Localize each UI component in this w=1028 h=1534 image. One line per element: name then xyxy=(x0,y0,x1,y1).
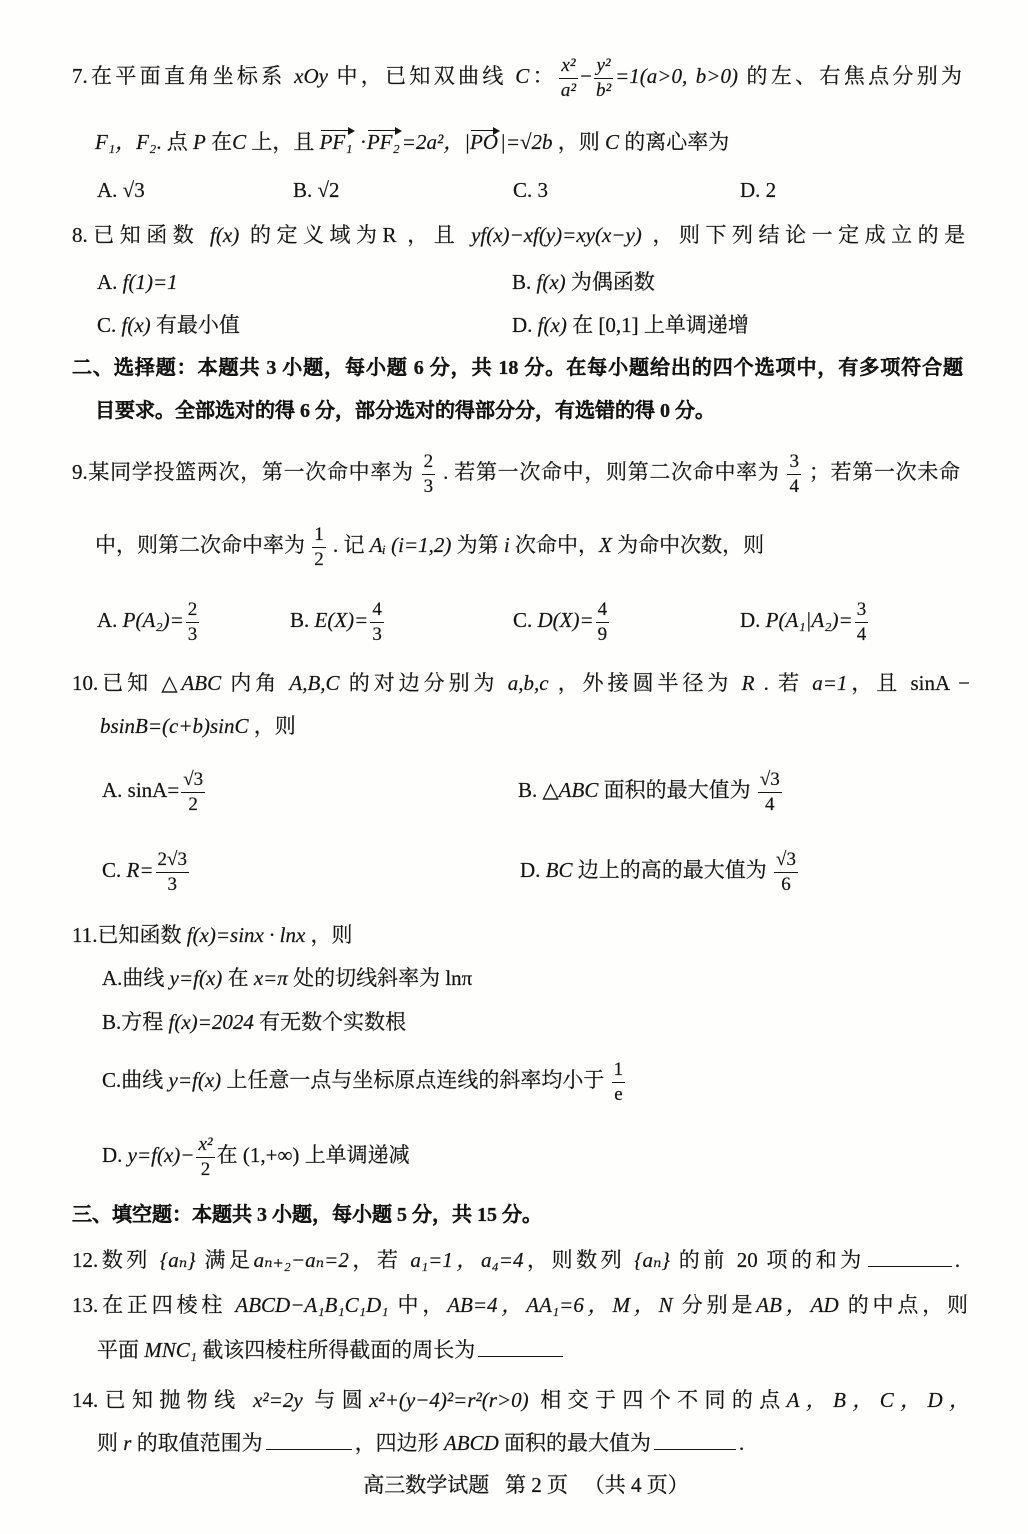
fraction-denominator: 2 xyxy=(312,548,326,572)
option-label: A. xyxy=(97,178,117,202)
stem-text: 的离心率为 xyxy=(624,130,729,154)
fraction: 43 xyxy=(370,598,384,647)
math-expression: |=√2b xyxy=(500,130,552,154)
fraction: √36 xyxy=(774,848,798,897)
stem-text: 的取值范围为 xyxy=(137,1431,263,1455)
fraction: 34 xyxy=(787,450,801,499)
math-expression: i xyxy=(504,533,510,557)
fraction-denominator: 3 xyxy=(156,873,189,897)
option-label: A. xyxy=(97,608,117,632)
math-expression: Aᵢ xyxy=(370,533,386,557)
stem-text: 已知 xyxy=(98,671,152,695)
option-label: D. xyxy=(520,858,540,882)
fraction-denominator: 3 xyxy=(422,475,436,499)
q7-stem-line1: 7.在平面直角坐标系 xOy 中，已知双曲线 C：x²a²−y²b²=1(a>0… xyxy=(72,46,962,106)
footer-page-number: 第 2 页 xyxy=(505,1473,568,1497)
stem-text: . xyxy=(739,1431,744,1455)
fraction: x²2 xyxy=(196,1133,214,1182)
option-text: 面积的最大值为 xyxy=(604,778,751,802)
math-expression: x²+(y−4)²=r²(r>0) xyxy=(369,1388,529,1412)
math-expression: =2a²，| xyxy=(402,130,470,154)
stem-text: ： xyxy=(529,64,557,88)
stem-text: 截该四棱柱所得截面的周长为 xyxy=(202,1338,475,1362)
math-expression: △ABC xyxy=(543,778,599,802)
math-expression: aₙ₊₂−aₙ=2 xyxy=(254,1248,349,1272)
option-label: B. xyxy=(102,1010,121,1034)
math-expression: △ABC xyxy=(161,671,221,695)
stem-text: 为命中次数，则 xyxy=(617,533,764,557)
math-expression: f(1)=1 xyxy=(123,270,178,294)
math-expression: {aₙ} xyxy=(160,1248,196,1272)
math-expression: C xyxy=(232,130,246,154)
stem-text: . 点 xyxy=(156,130,188,154)
stem-text: 分别是 xyxy=(682,1293,757,1317)
stem-text: 的定义域为 xyxy=(250,223,383,247)
option-text: 上任意一点与坐标原点连线的斜率均小于 xyxy=(226,1068,604,1092)
math-expression: lnπ xyxy=(445,966,472,990)
math-expression: f(x)=sinx · lnx xyxy=(187,923,306,947)
stem-text: ，四边形 xyxy=(355,1431,439,1455)
fraction: 34 xyxy=(855,598,869,647)
math-expression: MNC₁ xyxy=(144,1338,197,1362)
option-value: √2 xyxy=(318,178,340,202)
question-number: 7. xyxy=(72,64,88,88)
option-text: 在 xyxy=(217,1143,238,1167)
q11-option-b: B.方程 f(x)=2024 有无数个实数根 xyxy=(102,992,406,1052)
math-expression: a₁=1，a₄=4 xyxy=(410,1248,523,1272)
option-d: D. BC 边上的高的最大值为 √36 xyxy=(520,840,800,900)
fraction: √32 xyxy=(181,768,205,817)
math-expression: x²=2y xyxy=(253,1388,303,1412)
question-number: 13. xyxy=(72,1293,98,1317)
stem-text: 相交于四个不同的点 xyxy=(540,1388,786,1412)
option-c: C. D(X)=49 xyxy=(513,590,611,650)
option-label: A. xyxy=(102,966,122,990)
fraction: 1e xyxy=(612,1058,626,1107)
fraction-numerator: 2 xyxy=(186,598,200,623)
option-label: C. xyxy=(513,608,532,632)
fraction-numerator: 4 xyxy=(596,598,610,623)
fraction-numerator: 4 xyxy=(370,598,384,623)
option-label: D. xyxy=(512,313,532,337)
option-value: 2 xyxy=(766,178,777,202)
option-value: √3 xyxy=(123,178,145,202)
fraction-numerator: 3 xyxy=(855,598,869,623)
answer-blank xyxy=(478,1336,563,1357)
option-label: B. xyxy=(293,178,312,202)
math-expression: ABCD xyxy=(444,1431,499,1455)
math-expression: C xyxy=(605,130,619,154)
option-text: 在 xyxy=(228,966,249,990)
stem-text: 的对边分别为 xyxy=(349,671,499,695)
fraction-numerator: √3 xyxy=(758,768,782,793)
math-expression: D(X)= xyxy=(538,608,594,632)
stem-text: 数列 xyxy=(98,1248,151,1272)
math-expression: P(A₂)= xyxy=(123,608,184,632)
question-number: 9. xyxy=(72,460,88,484)
math-expression: yf(x)−xf(y)=xy(x−y) xyxy=(471,223,642,247)
q9-options: A. P(A₂)=23 B. E(X)=43 C. D(X)=49 D. P(A… xyxy=(0,590,1028,650)
fraction: √34 xyxy=(758,768,782,817)
math-expression: (i=1,2) xyxy=(391,533,451,557)
stem-text: 中， xyxy=(398,1293,448,1317)
math-expression: r xyxy=(123,1431,131,1455)
stem-text: 次命中， xyxy=(515,533,599,557)
option-label: B. xyxy=(512,270,531,294)
math-expression: X xyxy=(599,533,612,557)
question-number: 8. xyxy=(72,223,88,247)
math-expression: AB=4，AA₁=6，M，N xyxy=(447,1293,672,1317)
vector-pf2: PF₂ xyxy=(367,131,402,153)
math-expression: f(x)=2024 xyxy=(169,1010,254,1034)
math-expression: C xyxy=(515,64,529,88)
answer-blank-area xyxy=(654,1429,736,1450)
option-label: D. xyxy=(740,178,760,202)
math-expression: BC xyxy=(546,858,573,882)
math-expression: xOy xyxy=(294,64,328,88)
option-text: 上单调递减 xyxy=(305,1143,410,1167)
q9-stem-line2: 中，则第二次命中率为 12 . 记 Aᵢ (i=1,2) 为第 i 次命中，X … xyxy=(95,515,764,575)
fraction-numerator: √3 xyxy=(774,848,798,873)
stem-text: 平面 xyxy=(97,1338,139,1362)
stem-text: ，则 xyxy=(558,130,600,154)
fraction-denominator: 4 xyxy=(758,793,782,817)
math-expression: f(x) xyxy=(122,313,151,337)
math-expression: A,B,C xyxy=(289,671,339,695)
math-expression: A，B，C，D， xyxy=(787,1388,970,1412)
option-a: A. P(A₂)=23 xyxy=(97,590,201,650)
stem-text: 已知函数 xyxy=(88,223,200,247)
option-b: B. △ABC 面积的最大值为 √34 xyxy=(518,760,784,820)
math-expression: a,b,c xyxy=(508,671,549,695)
math-expression: x=π xyxy=(254,966,288,990)
option-text: 上单调递增 xyxy=(644,313,749,337)
question-number: 10. xyxy=(72,671,98,695)
option-text: 在 xyxy=(572,313,593,337)
stem-text: 上，且 xyxy=(251,130,314,154)
stem-text: 在正四棱柱 xyxy=(98,1293,226,1317)
math-expression: R= xyxy=(127,858,154,882)
math-expression: F₁，F₂ xyxy=(95,130,156,154)
math-expression: y=f(x)− xyxy=(128,1143,195,1167)
fraction: 49 xyxy=(596,598,610,647)
fraction-denominator: 2 xyxy=(196,1158,214,1182)
stem-text: 已知抛物线 xyxy=(98,1388,241,1412)
math-expression: sinA − xyxy=(910,671,970,695)
fraction: 23 xyxy=(186,598,200,647)
page-footer: 高三数学试题 第 2 页 （共 4 页） xyxy=(0,1455,1028,1515)
vector-pf1: PF₁ xyxy=(320,131,355,153)
math-expression: (1,+∞) xyxy=(243,1143,300,1167)
stem-text: 的中点，则 xyxy=(848,1293,968,1317)
math-expression: R xyxy=(383,223,397,247)
stem-text: 的前 20 项的和为 xyxy=(679,1248,865,1272)
option-text: 边上的高的最大值为 xyxy=(578,858,767,882)
option-text: 曲线 xyxy=(121,1068,163,1092)
stem-text: 某同学投篮两次，第一次命中率为 xyxy=(88,460,414,484)
stem-text: 则 xyxy=(97,1431,118,1455)
fraction-numerator: x² xyxy=(196,1133,214,1158)
fraction-numerator: 2√3 xyxy=(156,848,189,873)
option-label: A. xyxy=(102,778,122,802)
stem-text: 中，则第二次命中率为 xyxy=(95,533,305,557)
stem-text: . 记 xyxy=(333,533,365,557)
math-expression: bsinB=(c+b)sinC xyxy=(100,714,249,738)
option-text: 有无数个实数根 xyxy=(259,1010,406,1034)
footer-total-pages: （共 4 页） xyxy=(584,1473,689,1497)
stem-text: ，且 xyxy=(847,671,901,695)
option-d: D. P(A₁|A₂)=34 xyxy=(740,590,870,650)
fraction: 2√33 xyxy=(156,848,189,897)
math-operator: · xyxy=(360,130,367,154)
fraction-numerator: 1 xyxy=(312,523,326,548)
fraction-denominator: 6 xyxy=(774,873,798,897)
option-a: A. sinA=√32 xyxy=(102,760,207,820)
q10-options-row1: A. sinA=√32 B. △ABC 面积的最大值为 √34 xyxy=(0,760,1028,820)
fraction-denominator: 4 xyxy=(855,623,869,647)
math-expression: y=f(x) xyxy=(169,1068,222,1092)
fraction-denominator: b² xyxy=(594,79,613,103)
math-expression: R xyxy=(742,671,755,695)
q10-options-row2: C. R=2√33 D. BC 边上的高的最大值为 √36 xyxy=(0,840,1028,900)
question-number: 11. xyxy=(72,923,97,947)
fraction-denominator: 3 xyxy=(370,623,384,647)
fraction-denominator: a² xyxy=(559,79,578,103)
option-label: C. xyxy=(97,313,116,337)
option-label: A. xyxy=(97,270,117,294)
math-expression: [0,1] xyxy=(598,313,638,337)
option-b: B. E(X)=43 xyxy=(290,590,386,650)
math-expression: f(x) xyxy=(210,223,239,247)
stem-text: 满足 xyxy=(204,1248,253,1272)
option-text: 方程 xyxy=(121,1010,163,1034)
section2-heading-line2: 目要求。全部选对的得 6 分，部分选对的得部分分，有选错的得 0 分。 xyxy=(95,381,715,441)
fraction: y²b² xyxy=(594,54,613,103)
fraction: x²a² xyxy=(559,54,578,103)
q11-option-c: C.曲线 y=f(x) 上任意一点与坐标原点连线的斜率均小于 1e xyxy=(102,1050,627,1110)
math-expression: a=1 xyxy=(812,671,847,695)
stem-text: ，则 xyxy=(311,923,353,947)
stem-text: 中，已知双曲线 xyxy=(337,64,507,88)
math-expression: y=f(x) xyxy=(170,966,223,990)
option-text: 曲线 xyxy=(122,966,164,990)
stem-text: 与圆 xyxy=(314,1388,369,1412)
math-expression: ABCD−A₁B₁C₁D₁ xyxy=(235,1293,388,1317)
fraction-numerator: y² xyxy=(594,54,613,79)
option-text: 处的切线斜率为 xyxy=(293,966,440,990)
fraction-numerator: 2 xyxy=(422,450,436,475)
stem-text: ，则 xyxy=(254,714,296,738)
option-label: C. xyxy=(513,178,532,202)
stem-text: 已知函数 xyxy=(97,923,181,947)
math-expression: f(x) xyxy=(537,270,566,294)
math-expression: {aₙ} xyxy=(634,1248,670,1272)
fraction-denominator: e xyxy=(612,1083,626,1107)
fraction: 12 xyxy=(312,523,326,572)
stem-text: ，且 xyxy=(407,223,460,247)
option-label: C. xyxy=(102,858,121,882)
footer-title: 高三数学试题 xyxy=(363,1473,489,1497)
math-operator: − xyxy=(580,64,592,88)
fraction-denominator: 9 xyxy=(596,623,610,647)
stem-text: 面积的最大值为 xyxy=(504,1431,651,1455)
math-expression: P xyxy=(193,130,206,154)
math-expression: sinA= xyxy=(128,778,180,802)
math-expression: E(X)= xyxy=(315,608,369,632)
stem-text: . 若第一次命中，则第二次命中率为 xyxy=(443,460,779,484)
math-expression: =1(a>0, b>0) xyxy=(615,64,738,88)
stem-text: 为第 xyxy=(457,533,499,557)
stem-text: 在 xyxy=(211,130,232,154)
option-c: C. R=2√33 xyxy=(102,840,191,900)
answer-blank-range xyxy=(266,1429,352,1450)
stem-text: ，若 xyxy=(349,1248,402,1272)
option-value: 3 xyxy=(538,178,549,202)
stem-text: . xyxy=(955,1248,960,1272)
option-label: D. xyxy=(102,1143,122,1167)
fraction-numerator: √3 xyxy=(181,768,205,793)
stem-text: 在平面直角坐标系 xyxy=(88,64,286,88)
answer-blank xyxy=(868,1246,952,1267)
option-label: D. xyxy=(740,608,760,632)
q11-option-d: D. y=f(x)−x²2在 (1,+∞) 上单调递减 xyxy=(102,1125,410,1185)
question-number: 12. xyxy=(72,1248,98,1272)
option-text: 有最小值 xyxy=(156,313,240,337)
stem-text: . 若 xyxy=(764,671,803,695)
fraction-numerator: x² xyxy=(559,54,578,79)
stem-text: 内角 xyxy=(230,671,280,695)
fraction-numerator: 1 xyxy=(612,1058,626,1083)
option-label: B. xyxy=(290,608,309,632)
fraction-denominator: 3 xyxy=(186,623,200,647)
fraction: 23 xyxy=(422,450,436,499)
q9-stem-line1: 9.某同学投篮两次，第一次命中率为 23 . 若第一次命中，则第二次命中率为 3… xyxy=(72,442,960,502)
option-text: 为偶函数 xyxy=(571,270,655,294)
stem-text: ，则数列 xyxy=(523,1248,625,1272)
question-number: 14. xyxy=(72,1388,98,1412)
math-expression: AB，AD xyxy=(756,1293,838,1317)
option-label: B. xyxy=(518,778,537,802)
fraction-denominator: 4 xyxy=(787,475,801,499)
vector-po: PO xyxy=(470,131,500,153)
stem-text: ，则下列结论一定成立的是 xyxy=(653,223,966,247)
stem-text: ，外接圆半径为 xyxy=(558,671,733,695)
fraction-denominator: 2 xyxy=(181,793,205,817)
math-expression: P(A₁|A₂)= xyxy=(766,608,853,632)
option-label: C. xyxy=(102,1068,121,1092)
stem-text: 的左、右焦点分别为 xyxy=(747,64,963,88)
fraction-numerator: 3 xyxy=(787,450,801,475)
math-expression: f(x) xyxy=(538,313,567,337)
stem-text: ；若第一次未命 xyxy=(809,460,960,484)
q10-stem-line2: bsinB=(c+b)sinC ，则 xyxy=(100,696,296,756)
